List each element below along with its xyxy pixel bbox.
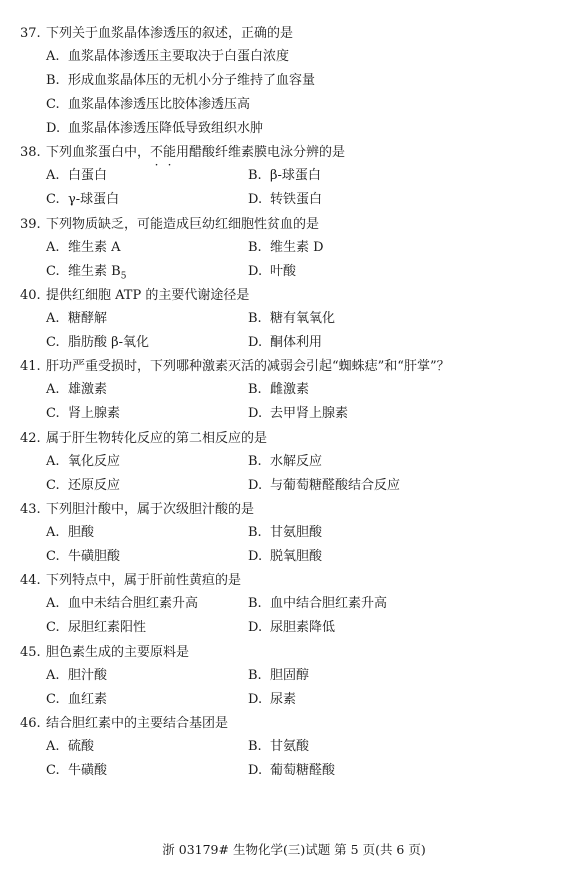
option-text: 牛磺酸 [68,760,107,782]
option-text: 尿胆红素阳性 [68,617,146,639]
question-number: 42. [20,428,46,450]
option-letter: A. [46,237,68,259]
option-text: 氧化反应 [68,451,120,473]
question-number: 43. [20,499,46,521]
option-text: 转铁蛋白 [270,189,322,211]
option-b: B.糖有氧氧化 [248,308,335,330]
option-letter: A. [46,522,68,544]
option-letter: D. [248,760,270,782]
option-text: 胆酸 [68,522,94,544]
option-letter: A. [46,665,68,687]
option-b: B.甘氨胆酸 [248,522,322,544]
option-d: D.转铁蛋白 [248,189,322,211]
option-b: B.维生素 D [248,237,324,259]
option-a: A.维生素 A [46,237,121,259]
option-d: D.尿胆素降低 [248,617,335,639]
option-c: C.血浆晶体渗透压比胶体渗透压高 [46,94,250,116]
option-text: 胆固醇 [270,665,309,687]
option-text: 叶酸 [270,261,296,283]
question-text: 肝功严重受损时，下列哪种激素灭活的减弱会引起“蜘蛛痣”和“肝掌”？ [46,356,450,378]
option-text: 维生素 A [68,237,121,259]
option-text: 血中结合胆红素升高 [270,593,387,615]
option-text: 雄激素 [68,379,107,401]
question-number: 45. [20,642,46,664]
emphasis-char: 能 [163,145,176,160]
option-b: B.β-球蛋白 [248,165,321,187]
option-text: 胆汁酸 [68,665,107,687]
question-stem: 46.结合胆红素中的主要结合基团是 [20,713,228,735]
question-stem: 43.下列胆汁酸中，属于次级胆汁酸的是 [20,499,254,521]
question-text: 提供红细胞 ATP 的主要代谢途径是 [46,285,249,307]
option-text: 去甲肾上腺素 [270,403,348,425]
option-letter: B. [248,451,270,473]
option-text: 还原反应 [68,475,120,497]
option-b: B.血中结合胆红素升高 [248,593,387,615]
option-text: 脂肪酸 β-氧化 [68,332,149,354]
question-stem: 44.下列特点中，属于肝前性黄疸的是 [20,570,241,592]
option-text: 血浆晶体渗透压降低导致组织水肿 [68,118,263,140]
option-letter: C. [46,546,68,568]
option-text: 血浆晶体渗透压比胶体渗透压高 [68,94,250,116]
option-text: 甘氨酸 [270,736,309,758]
option-c: C.γ-球蛋白 [46,189,119,211]
option-letter: B. [248,379,270,401]
option-letter: A. [46,308,68,330]
option-text: 牛磺胆酸 [68,546,120,568]
option-text: 水解反应 [270,451,322,473]
option-text: 硫酸 [68,736,94,758]
option-letter: B. [248,308,270,330]
option-text: 酮体利用 [270,332,322,354]
question-stem: 45.胆色素生成的主要原料是 [20,642,189,664]
option-letter: C. [46,475,68,497]
option-d: D.血浆晶体渗透压降低导致组织水肿 [46,118,263,140]
question-number: 44. [20,570,46,592]
option-letter: D. [248,261,270,283]
option-c: C.还原反应 [46,475,120,497]
option-text: 形成血浆晶体压的无机小分子维持了血容量 [68,70,315,92]
page-footer: 浙 03179# 生物化学(三)试题 第 5 页(共 6 页) [0,840,588,860]
option-letter: A. [46,736,68,758]
option-text: 白蛋白 [68,165,107,187]
option-letter: C. [46,403,68,425]
option-letter: B. [248,665,270,687]
option-text: 甘氨胆酸 [270,522,322,544]
option-d: D.酮体利用 [248,332,322,354]
question-stem: 39.下列物质缺乏，可能造成巨幼红细胞性贫血的是 [20,214,319,236]
option-c: C.维生素 B5 [46,261,126,283]
question-number: 37. [20,23,46,45]
option-text: 雌激素 [270,379,309,401]
option-letter: D. [248,403,270,425]
option-letter: D. [248,332,270,354]
option-letter: A. [46,165,68,187]
option-c: C.尿胆红素阳性 [46,617,146,639]
option-d: D.脱氧胆酸 [248,546,322,568]
option-b: B.胆固醇 [248,665,309,687]
question-text: 属于肝生物转化反应的第二相反应的是 [46,428,267,450]
option-text: 尿素 [270,689,296,711]
option-text: 血中未结合胆红素升高 [68,593,198,615]
question-text: 下列血浆蛋白中，不能用醋酸纤维素膜电泳分辨的是 [46,142,345,164]
question-number: 39. [20,214,46,236]
option-text: 血红素 [68,689,107,711]
option-b: B.水解反应 [248,451,322,473]
exam-page: 37.下列关于血浆晶体渗透压的叙述，正确的是 A.血浆晶体渗透压主要取决于白蛋白… [0,0,588,879]
option-letter: B. [248,165,270,187]
emphasis-char: 不 [150,145,163,160]
question-stem: 37.下列关于血浆晶体渗透压的叙述，正确的是 [20,23,293,45]
option-d: D.与葡萄糖醛酸结合反应 [248,475,400,497]
option-letter: D. [46,118,68,140]
option-letter: A. [46,593,68,615]
question-number: 46. [20,713,46,735]
option-a: A.胆酸 [46,522,94,544]
option-letter: D. [248,617,270,639]
option-text: 维生素 B5 [68,261,126,288]
option-text: β-球蛋白 [270,165,321,187]
question-number: 40. [20,285,46,307]
question-text: 下列胆汁酸中，属于次级胆汁酸的是 [46,499,254,521]
option-letter: C. [46,760,68,782]
question-text: 下列关于血浆晶体渗透压的叙述，正确的是 [46,23,293,45]
option-text: 肾上腺素 [68,403,120,425]
option-a: A.血浆晶体渗透压主要取决于白蛋白浓度 [46,46,289,68]
question-text: 胆色素生成的主要原料是 [46,642,189,664]
option-b: B.雌激素 [248,379,309,401]
option-a: A.胆汁酸 [46,665,107,687]
option-a: A.血中未结合胆红素升高 [46,593,198,615]
stem-part: 用醋酸纤维素膜电泳分辨的是 [176,145,345,160]
option-d: D.葡萄糖醛酸 [248,760,335,782]
option-letter: C. [46,617,68,639]
question-number: 38. [20,142,46,164]
option-b: B.形成血浆晶体压的无机小分子维持了血容量 [46,70,315,92]
option-text: 与葡萄糖醛酸结合反应 [270,475,400,497]
option-text: 血浆晶体渗透压主要取决于白蛋白浓度 [68,46,289,68]
option-letter: A. [46,379,68,401]
option-a: A.雄激素 [46,379,107,401]
option-text: γ-球蛋白 [68,189,119,211]
option-d: D.尿素 [248,689,296,711]
option-a: A.硫酸 [46,736,94,758]
option-letter: B. [248,736,270,758]
option-c: C.牛磺酸 [46,760,107,782]
option-text: 尿胆素降低 [270,617,335,639]
option-letter: C. [46,689,68,711]
question-text: 结合胆红素中的主要结合基团是 [46,713,228,735]
option-a: A.氧化反应 [46,451,120,473]
option-b: B.甘氨酸 [248,736,309,758]
question-stem: 42.属于肝生物转化反应的第二相反应的是 [20,428,267,450]
option-d: D.叶酸 [248,261,296,283]
option-letter: B. [248,237,270,259]
option-letter: D. [248,689,270,711]
option-text: 脱氧胆酸 [270,546,322,568]
option-letter: B. [46,70,68,92]
question-stem: 40.提供红细胞 ATP 的主要代谢途径是 [20,285,249,307]
question-stem: 41.肝功严重受损时，下列哪种激素灭活的减弱会引起“蜘蛛痣”和“肝掌”？ [20,356,450,378]
option-text: 糖有氧氧化 [270,308,335,330]
subscript: 5 [121,272,127,282]
option-letter: D. [248,546,270,568]
question-stem: 38.下列血浆蛋白中，不能用醋酸纤维素膜电泳分辨的是 [20,142,345,164]
question-number: 41. [20,356,46,378]
option-letter: C. [46,189,68,211]
option-c: C.血红素 [46,689,107,711]
option-letter: C. [46,94,68,116]
option-c: C.牛磺胆酸 [46,546,120,568]
option-letter: A. [46,451,68,473]
option-text: 糖酵解 [68,308,107,330]
stem-part: 下列血浆蛋白中， [46,145,150,160]
option-letter: C. [46,261,68,283]
question-text: 下列物质缺乏，可能造成巨幼红细胞性贫血的是 [46,214,319,236]
option-c: C.肾上腺素 [46,403,120,425]
option-text: 葡萄糖醛酸 [270,760,335,782]
option-a: A.白蛋白 [46,165,107,187]
option-text-main: 维生素 B [68,264,121,279]
option-letter: D. [248,189,270,211]
option-c: C.脂肪酸 β-氧化 [46,332,149,354]
option-letter: C. [46,332,68,354]
option-letter: B. [248,593,270,615]
option-text: 维生素 D [270,237,324,259]
question-text: 下列特点中，属于肝前性黄疸的是 [46,570,241,592]
option-letter: D. [248,475,270,497]
option-letter: A. [46,46,68,68]
option-d: D.去甲肾上腺素 [248,403,348,425]
option-a: A.糖酵解 [46,308,107,330]
option-letter: B. [248,522,270,544]
